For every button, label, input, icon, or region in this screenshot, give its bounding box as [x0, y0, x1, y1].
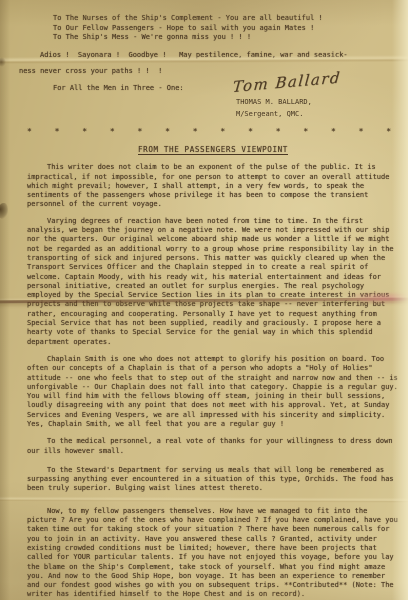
- toast-line-mess: To The Ship's Mess - We're gonna miss yo…: [53, 33, 399, 43]
- paragraph-intro: This writer does not claim to be an expo…: [27, 163, 399, 209]
- asterisk-separator: * * * * * * * * * * * * * *: [27, 127, 399, 136]
- paper-tear-left-edge: [0, 203, 8, 219]
- typewritten-content: To The Nurses of the Ship's Complement -…: [27, 14, 399, 600]
- paragraph-stewards: To the Steward's Department for serving …: [27, 466, 399, 494]
- toast-line-passengers: To Our Fellow Passengers - Hope to sail …: [53, 24, 399, 34]
- paragraph-medical: To the medical personnel, a real vote of…: [27, 437, 399, 456]
- section-title: FROM THE PASSENGERS VIEWPOINT: [27, 145, 399, 154]
- toast-line-nurses: To The Nurses of the Ship's Complement -…: [53, 14, 399, 24]
- dedication-line: For All the Men in Three - One:: [53, 84, 399, 93]
- aged-paper-page: To The Nurses of the Ship's Complement -…: [0, 0, 408, 600]
- paper-blemish-left-edge: [0, 57, 6, 67]
- typed-signature-name: THOMAS M. BALLARD,: [236, 98, 341, 108]
- typed-signature-rank: M/Sergeant, QMC.: [236, 110, 341, 120]
- paragraph-reactions: Varying degrees of reaction have been no…: [27, 217, 399, 347]
- paragraph-fellow-passengers: Now, to my fellow passengers themselves.…: [27, 507, 399, 600]
- paragraph-chaplain: Chaplain Smith is one who does not attem…: [27, 355, 399, 429]
- toast-lines: To The Nurses of the Ship's Complement -…: [53, 14, 399, 43]
- farewell-line-1: Adios ! Sayonara ! Goodbye ! May pestile…: [27, 51, 399, 60]
- signature-block: Tom Ballard THOMAS M. BALLARD, M/Sergean…: [232, 78, 341, 119]
